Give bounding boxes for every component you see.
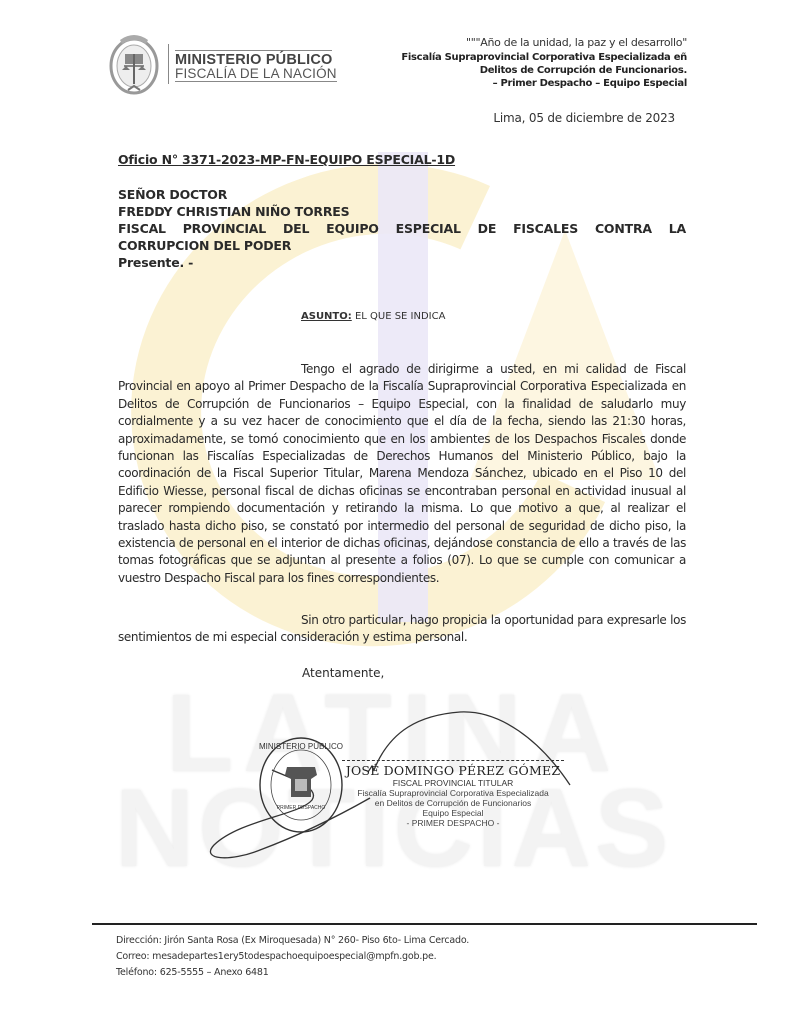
office-line: Fiscalía Supraprovincial Corporativa Esp… xyxy=(357,51,687,64)
office-line: Delitos de Corrupción de Funcionarios. xyxy=(357,64,687,77)
recipient-salutation: SEÑOR DOCTOR xyxy=(118,186,686,203)
year-motto: """Año de la unidad, la paz y el desarro… xyxy=(357,35,687,51)
stamp-inner-text: PRIMER DESPACHO xyxy=(277,805,326,811)
logo-divider xyxy=(168,44,169,84)
footer-contact: Dirección: Jirón Santa Rosa (Ex Miroques… xyxy=(116,933,469,981)
recipient-position: FISCAL PROVINCIAL DEL EQUIPO ESPECIAL DE… xyxy=(118,220,686,237)
footer-phone: Teléfono: 625-5555 – Anexo 6481 xyxy=(116,965,469,981)
footer-divider xyxy=(92,923,757,925)
recipient-presente: Presente. - xyxy=(118,254,686,271)
document-date: Lima, 05 de diciembre de 2023 xyxy=(493,111,675,125)
signer-title: FISCAL PROVINCIAL TITULAR xyxy=(342,778,564,788)
header-office-block: """Año de la unidad, la paz y el desarro… xyxy=(357,35,687,90)
body-paragraph-2: Sin otro particular, hago propicia la op… xyxy=(118,612,686,647)
oficio-number: Oficio N° 3371-2023-MP-FN-EQUIPO ESPECIA… xyxy=(118,152,455,167)
recipient-block: SEÑOR DOCTOR FREDDY CHRISTIAN NIÑO TORRE… xyxy=(118,186,686,271)
stamp-top-text: MINISTERIO PÚBLICO xyxy=(259,742,343,751)
signature-block: JOSÉ DOMINGO PÉREZ GÓMEZ FISCAL PROVINCI… xyxy=(342,760,564,828)
asunto-line: ASUNTO: EL QUE SE INDICA xyxy=(301,311,445,322)
signer-office-line: Equipo Especial xyxy=(342,808,564,818)
body-paragraph-1-text: Tengo el agrado de dirigirme a usted, en… xyxy=(118,362,686,585)
body-paragraph-1: Tengo el agrado de dirigirme a usted, en… xyxy=(118,361,686,587)
ministerio-publico-seal-icon xyxy=(108,30,160,96)
signer-office-line: - PRIMER DESPACHO - xyxy=(342,818,564,828)
signer-office-line: en Delitos de Corrupción de Funcionarios xyxy=(342,798,564,808)
signer-name: JOSÉ DOMINGO PÉREZ GÓMEZ xyxy=(342,763,564,778)
logo-subtitle: FISCALÍA DE LA NACIÓN xyxy=(175,66,337,82)
signer-office-line: Fiscalía Supraprovincial Corporativa Esp… xyxy=(342,788,564,798)
footer-address: Dirección: Jirón Santa Rosa (Ex Miroques… xyxy=(116,933,469,949)
asunto-label: ASUNTO: xyxy=(301,311,352,322)
body-paragraph-2-text: Sin otro particular, hago propicia la op… xyxy=(118,613,686,644)
recipient-name: FREDDY CHRISTIAN NIÑO TORRES xyxy=(118,203,686,220)
footer-email: Correo: mesadepartes1ery5todespachoequip… xyxy=(116,949,469,965)
office-line: – Primer Despacho – Equipo Especial xyxy=(357,77,687,90)
recipient-position-cont: CORRUPCION DEL PODER xyxy=(118,237,686,254)
asunto-value: EL QUE SE INDICA xyxy=(355,311,446,322)
ministerio-publico-stamp-icon: MINISTERIO PÚBLICO PRIMER DESPACHO xyxy=(257,735,345,835)
